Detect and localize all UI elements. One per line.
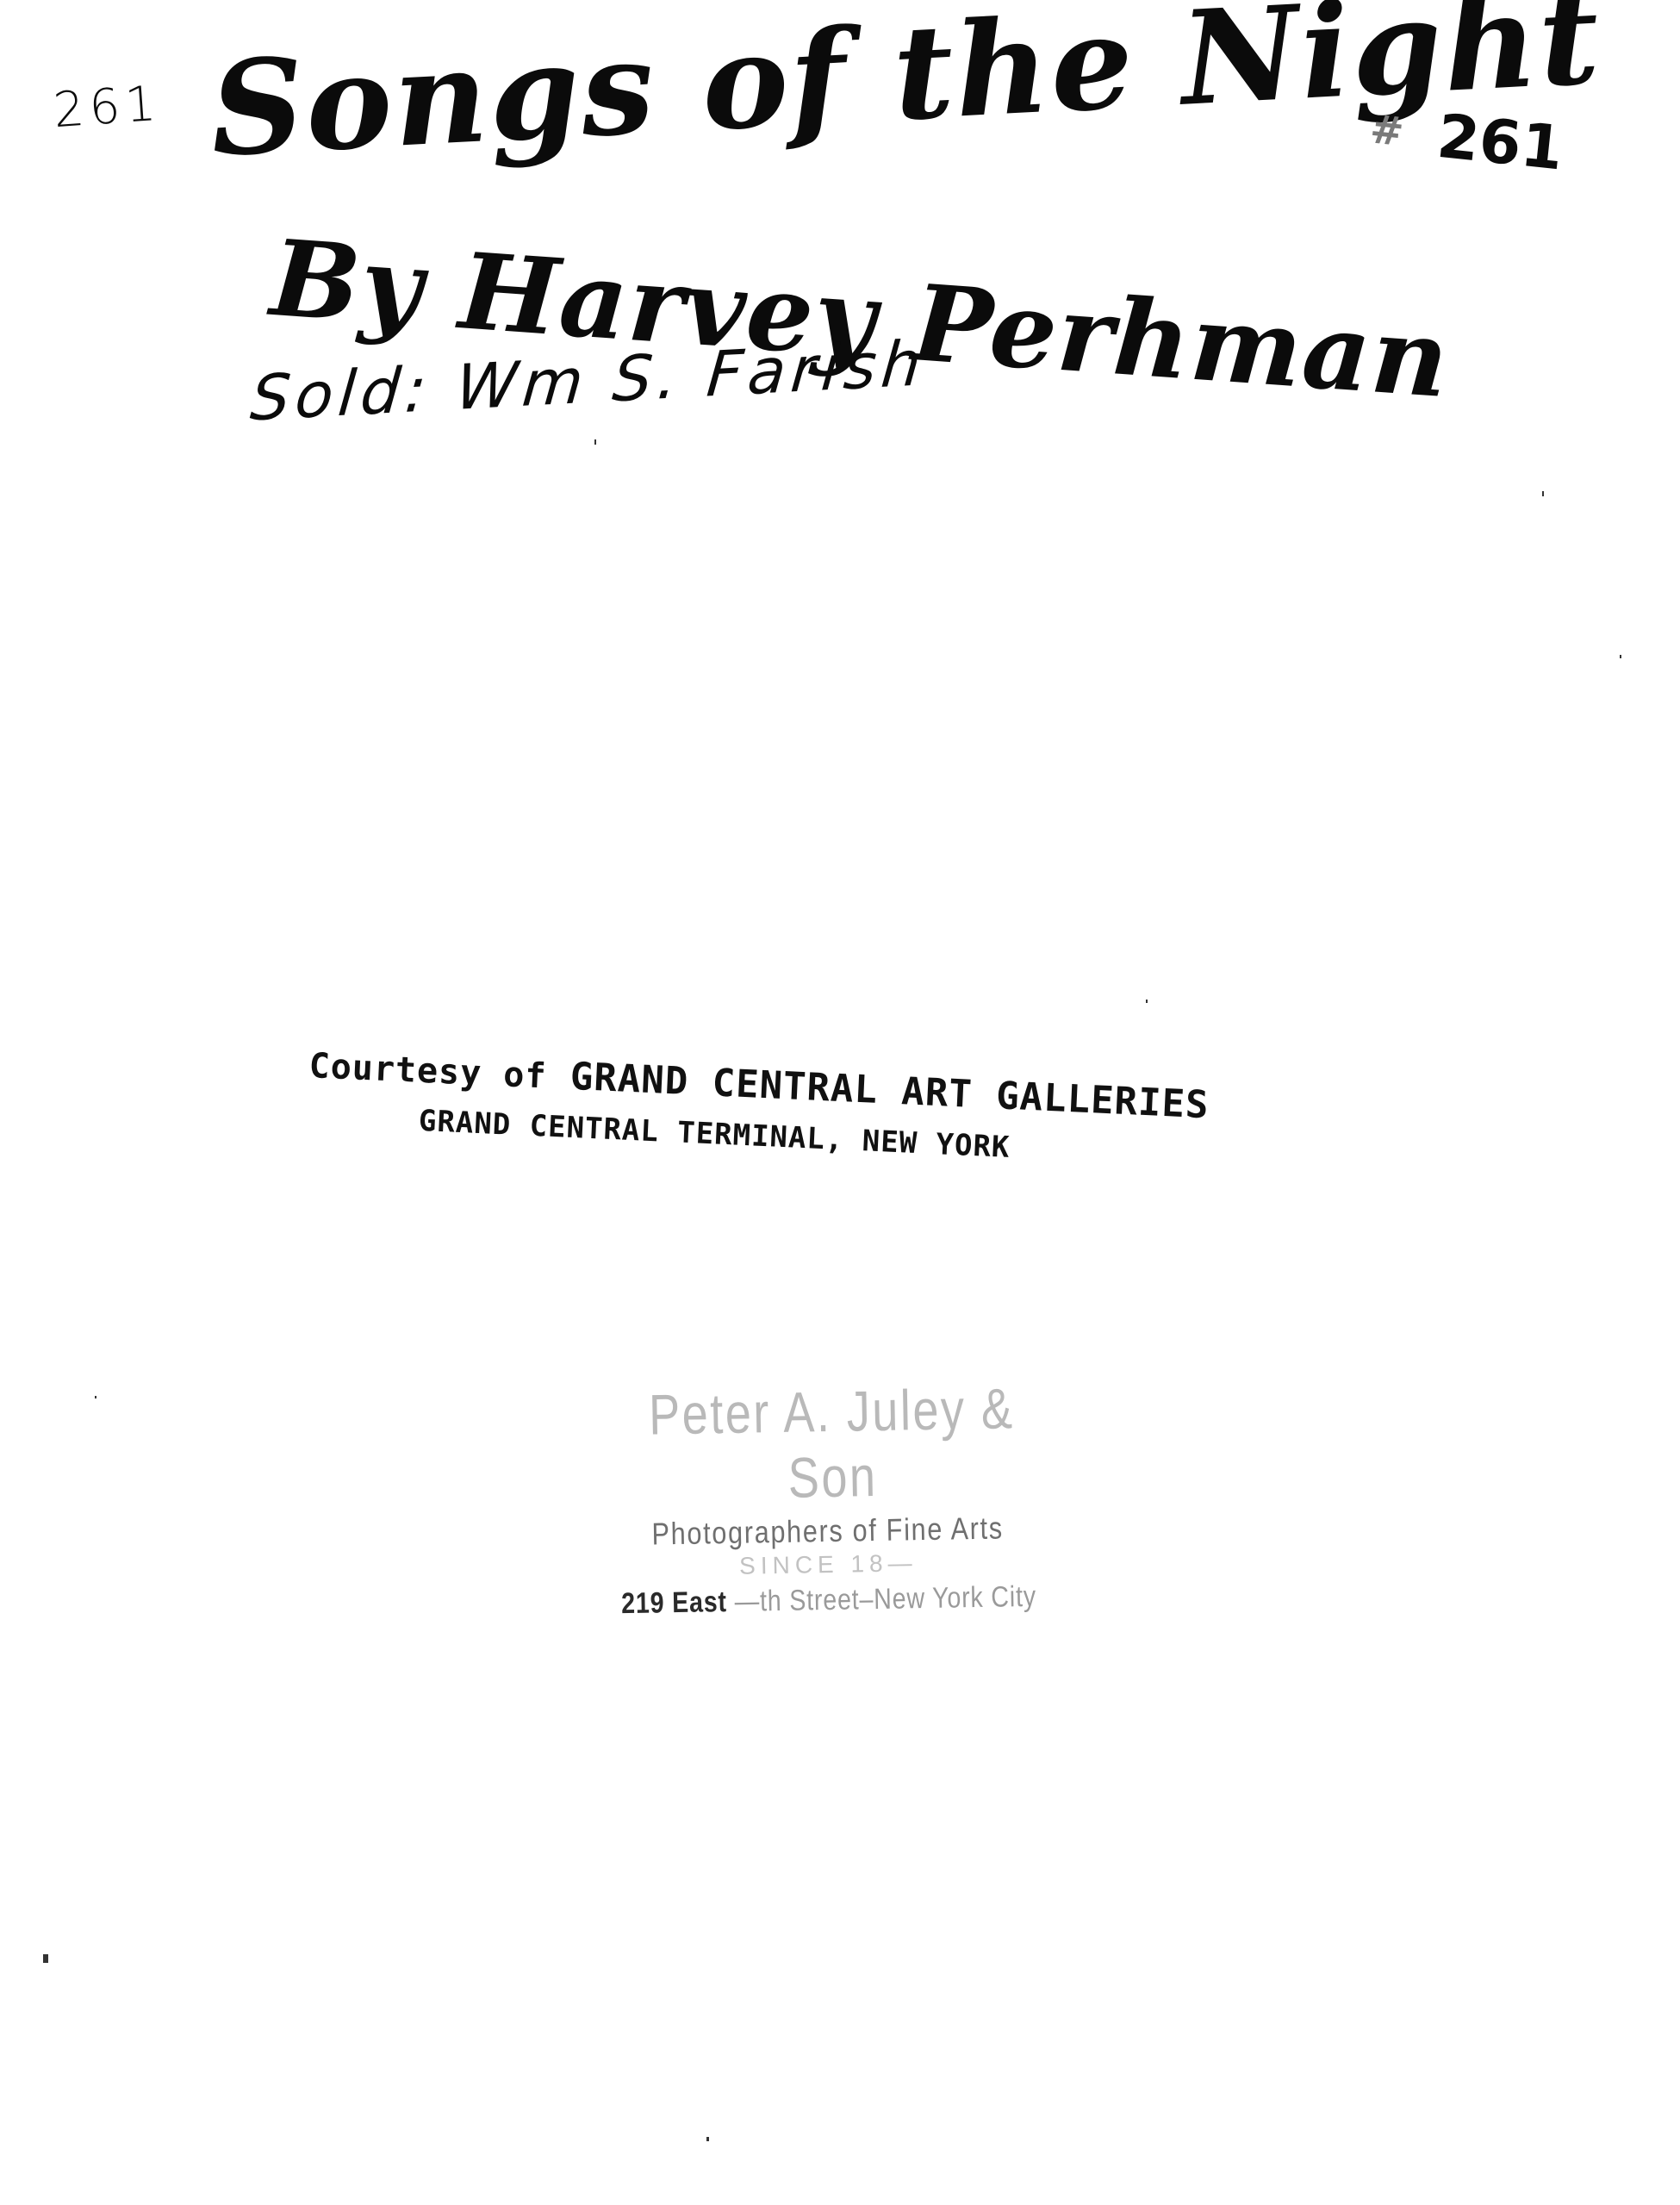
photographer-name: Peter A. Juley & Son (610, 1374, 1055, 1513)
address-rest: —th Street–New York City (734, 1580, 1036, 1618)
catalog-number-left: 261 (52, 76, 163, 140)
photographer-address: 219 East —th Street–New York City (597, 1579, 1061, 1621)
scan-speck (95, 1396, 96, 1398)
photographer-stamp: Peter A. Juley & Son Photographers of Fi… (550, 1373, 1105, 1622)
hash-mark: # (1368, 105, 1406, 155)
scan-speck (706, 2137, 709, 2141)
scan-speck (1146, 1000, 1148, 1003)
courtesy-prefix: Courtesy of (308, 1046, 548, 1096)
photo-verso-page: 261 Songs of the Night #261 By Harvey Pe… (0, 0, 1680, 2205)
gallery-stamp: Courtesy of GRAND CENTRAL ART GALLERIES … (306, 1043, 1343, 1180)
catalog-number-right-value: 261 (1434, 101, 1566, 184)
address-number: 219 East (621, 1585, 727, 1620)
scan-speck (43, 1954, 48, 1963)
scan-speck (594, 439, 596, 445)
scan-speck (1620, 655, 1621, 658)
scan-speck (1542, 491, 1544, 496)
photographer-tagline: Photographers of Fine Arts (593, 1509, 1062, 1553)
